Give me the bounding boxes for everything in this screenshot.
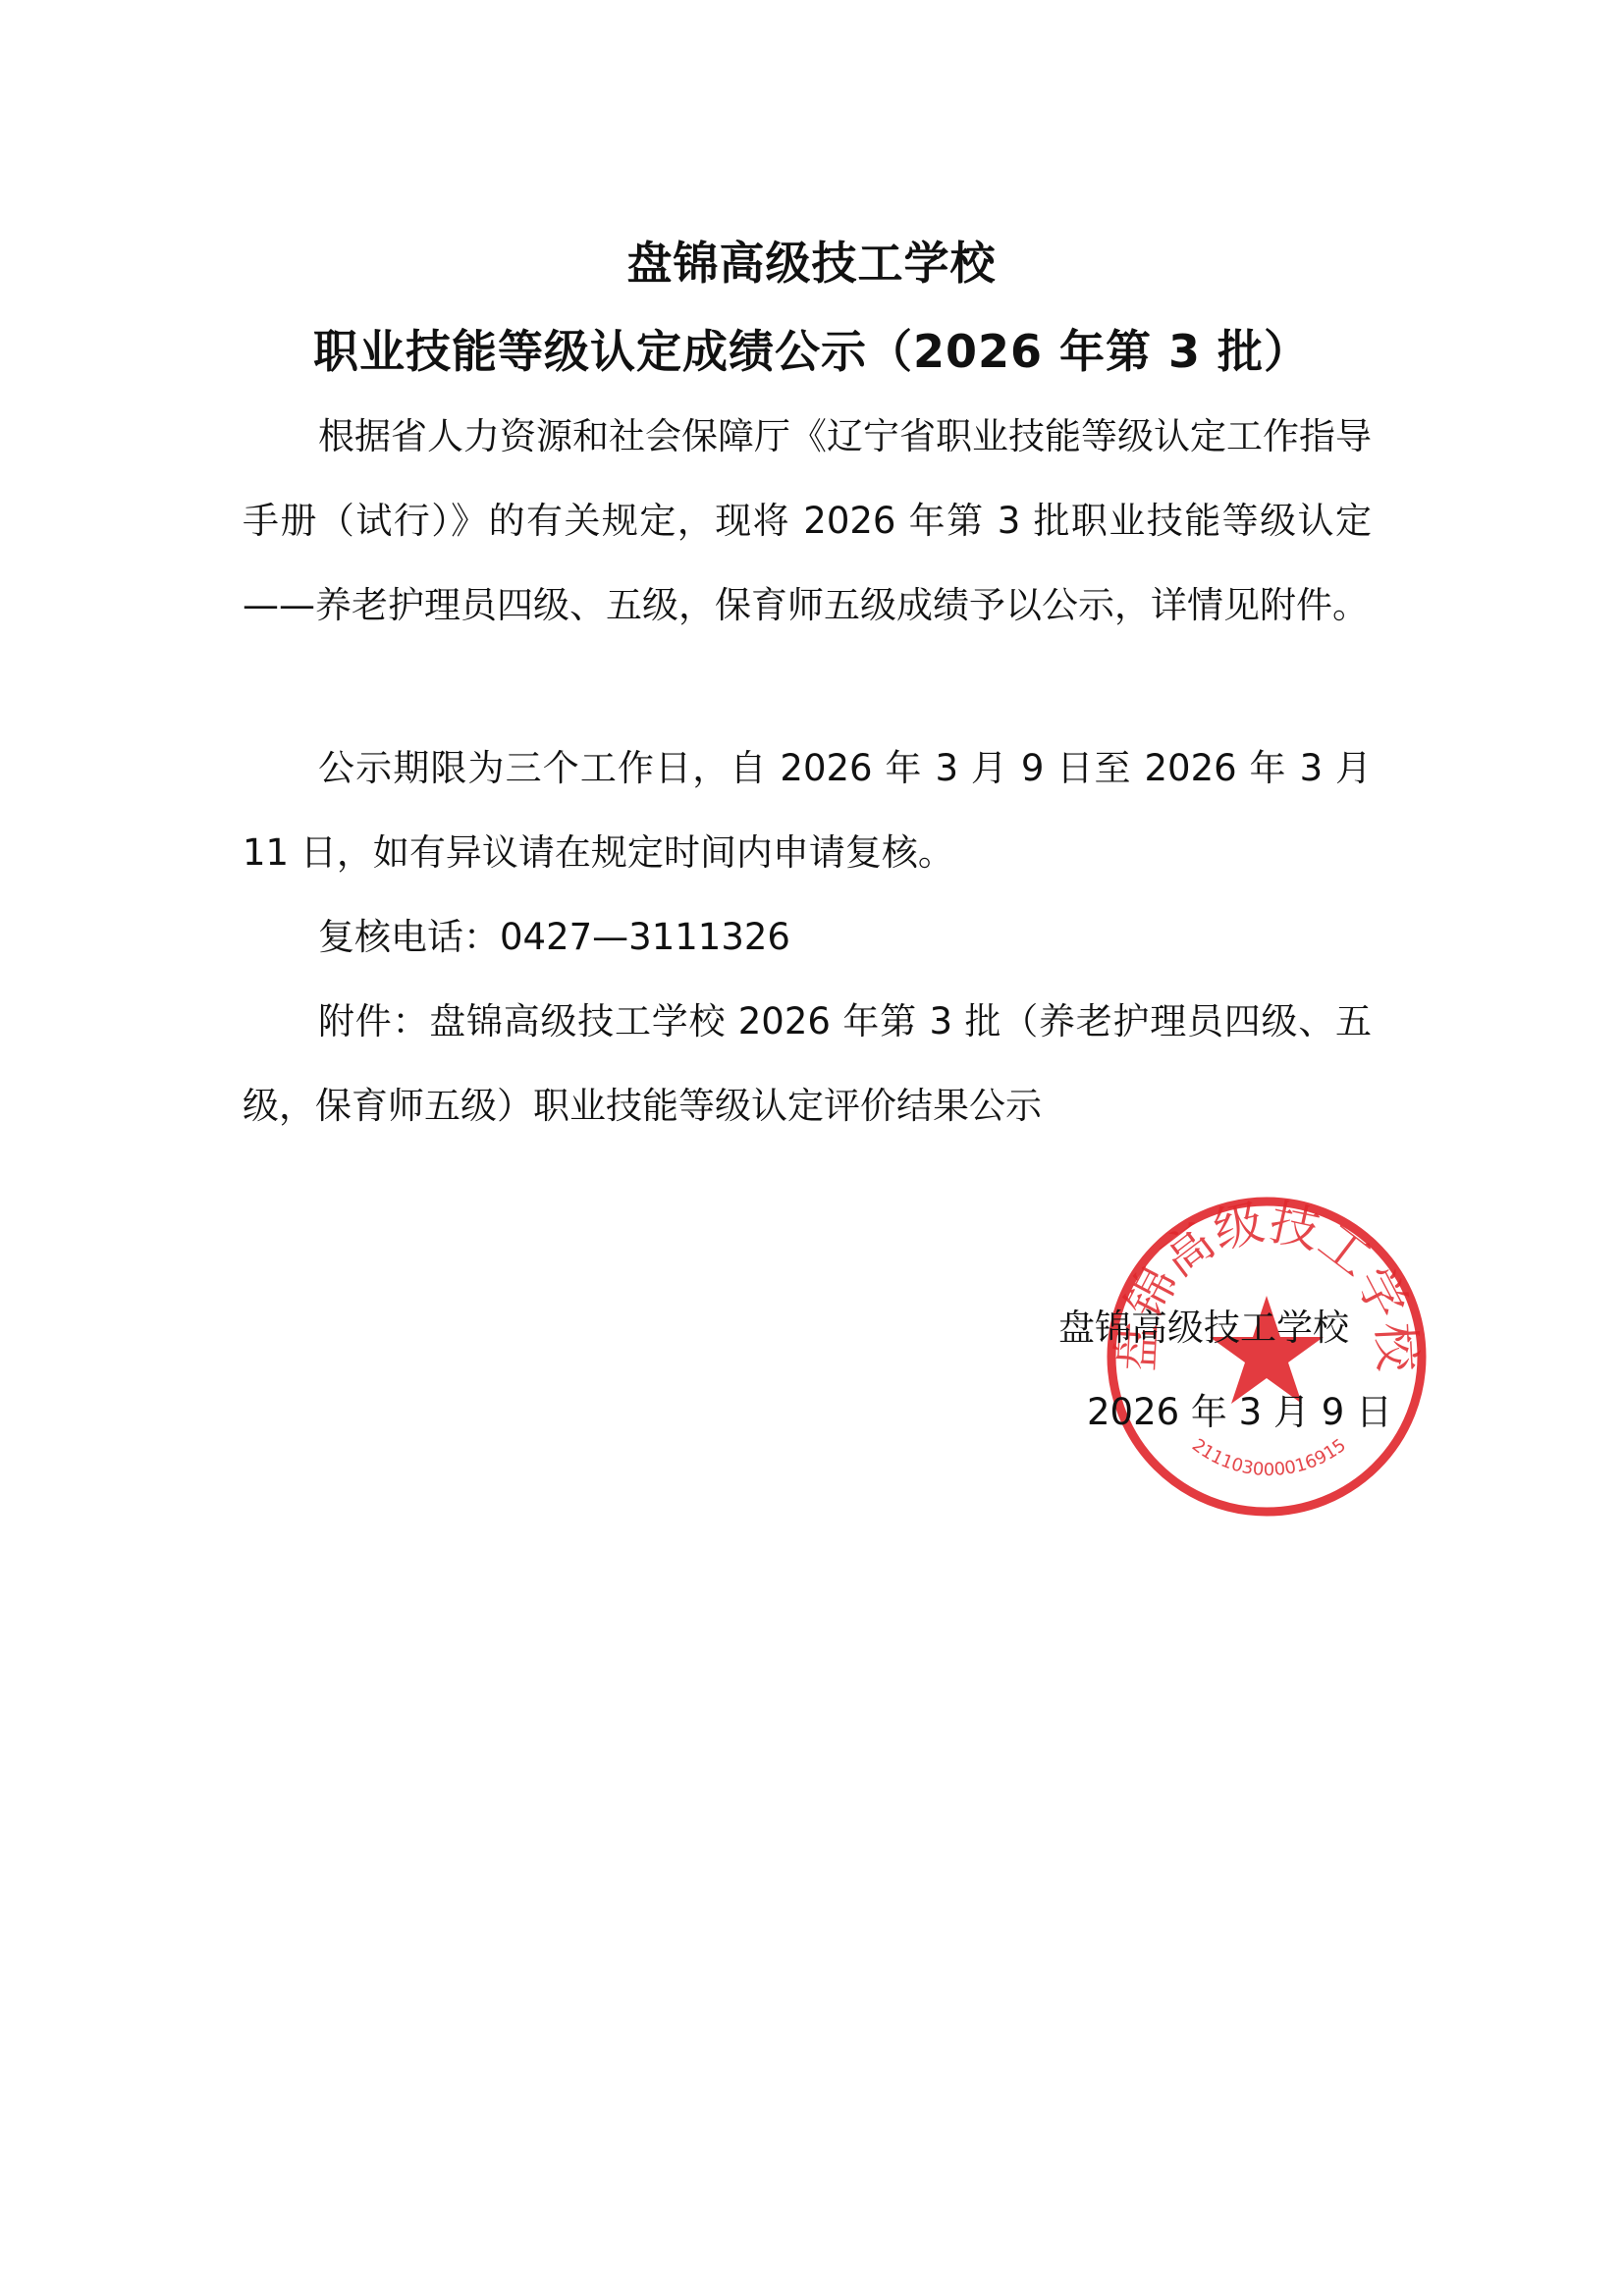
- body-paragraph-intro: 根据省人力资源和社会保障厅《辽宁省职业技能等级认定工作指导手册（试行）》的有关规…: [243, 395, 1372, 648]
- signature-organization: 盘锦高级技工学校: [1058, 1298, 1349, 1351]
- body-paragraph-phone: 复核电话：0427—3111326: [243, 895, 1372, 980]
- document-title: 盘锦高级技工学校: [0, 228, 1623, 293]
- seal-graphic: 盘锦高级技工学校 211103000016915: [1100, 1190, 1434, 1523]
- official-seal: 盘锦高级技工学校 211103000016915: [1100, 1190, 1434, 1523]
- body-paragraph-attachment: 附件：盘锦高级技工学校 2026 年第 3 批（养老护理员四级、五级，保育师五级…: [243, 980, 1372, 1148]
- signature-date: 2026 年 3 月 9 日: [1087, 1382, 1392, 1435]
- seal-code: 211103000016915: [1188, 1435, 1350, 1480]
- document-subtitle: 职业技能等级认定成绩公示（2026 年第 3 批）: [0, 316, 1623, 381]
- body-paragraph-period: 公示期限为三个工作日，自 2026 年 3 月 9 日至 2026 年 3 月 …: [243, 726, 1372, 895]
